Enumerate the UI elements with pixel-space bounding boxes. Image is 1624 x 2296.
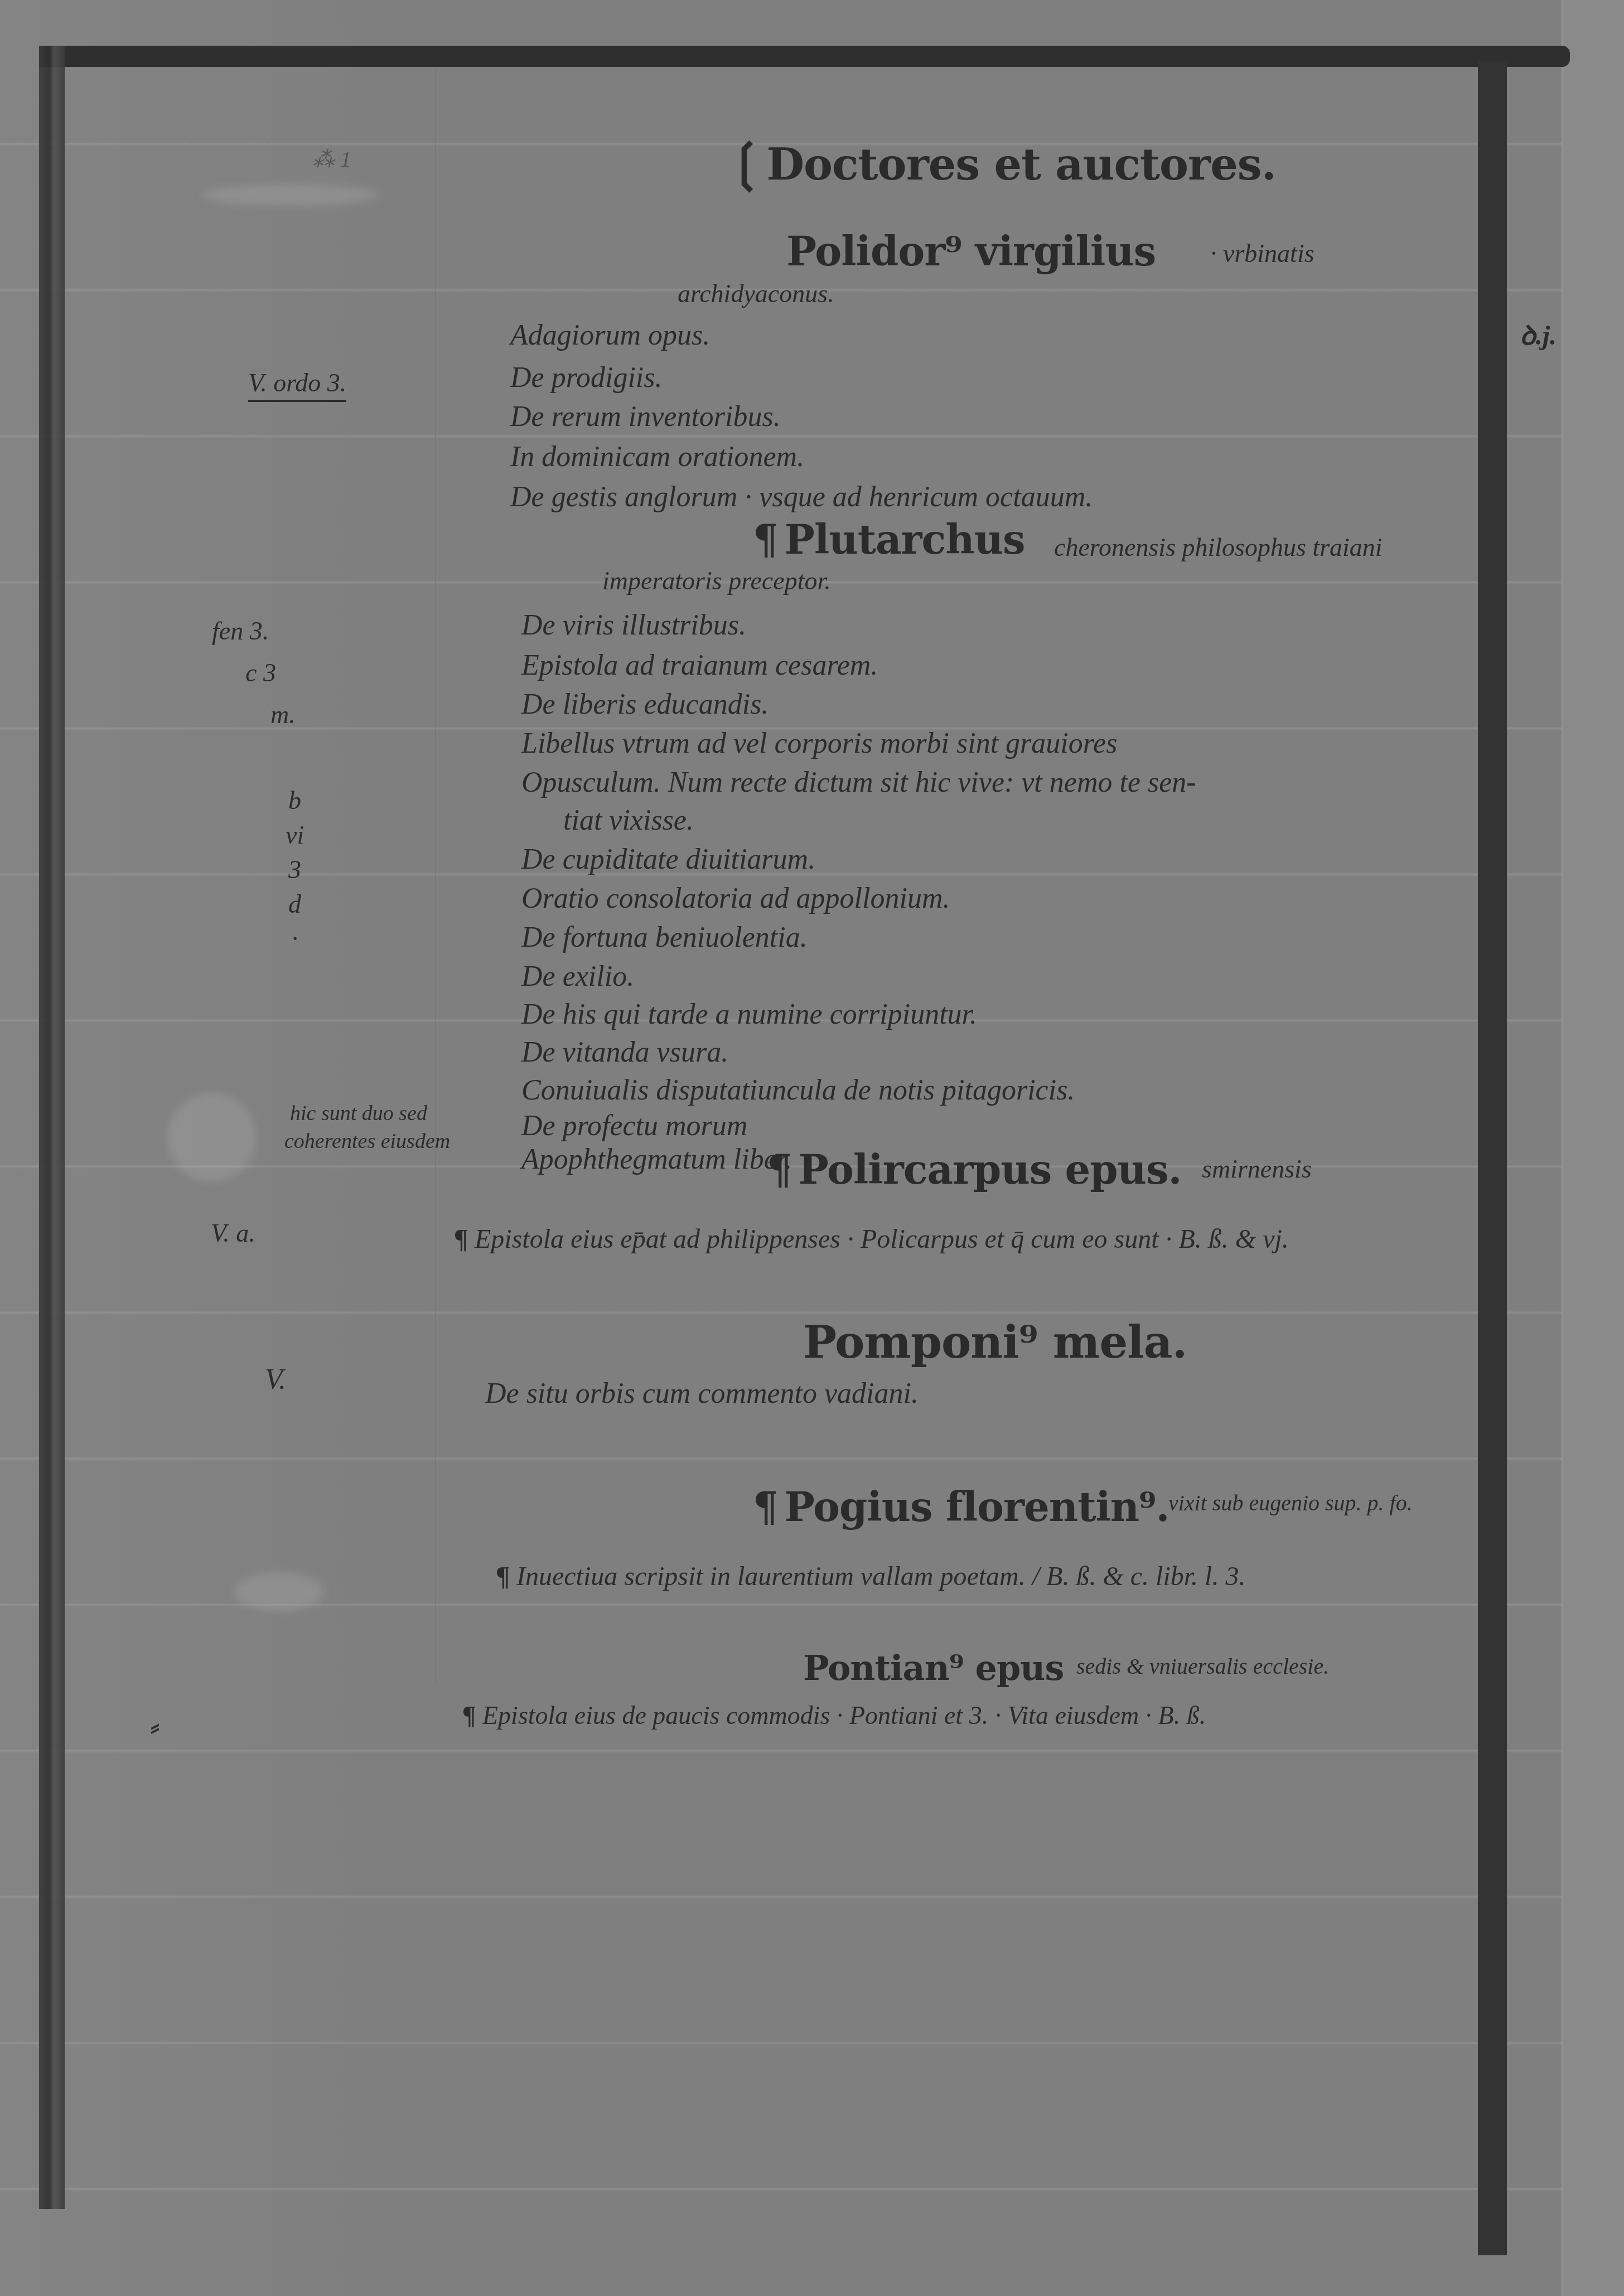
- work-title: Conuiualis disputatiuncula de notis pita…: [521, 1074, 1075, 1107]
- folio-mark-right: ꝺ.j.: [1520, 317, 1557, 353]
- margin-vertical-note: b vi 3 d ·: [286, 783, 304, 956]
- manuscript-page: ⁂ 1 ꝺ.j. ❲Doctores et auctores. Polidor⁹…: [0, 0, 1624, 2296]
- frame-rule-right: [1478, 61, 1507, 2255]
- author-description-cont: imperatoris preceptor.: [602, 566, 831, 595]
- margin-mark: ⸗: [151, 1712, 159, 1742]
- work-title: De his qui tarde a numine corripiuntur.: [521, 998, 977, 1031]
- frame-rule-left: [39, 46, 65, 2209]
- margin-shelfmark: m.: [270, 700, 296, 729]
- frame-rule-top: [39, 46, 1570, 67]
- work-title: Libellus vtrum ad vel corporis morbi sin…: [521, 727, 1117, 760]
- work-title: De vitanda vsura.: [521, 1036, 728, 1069]
- paragraph-mark-icon: ¶: [496, 1562, 510, 1591]
- margin-side-note: hic sunt duo sed: [290, 1101, 427, 1126]
- work-title: De prodigiis.: [510, 361, 663, 394]
- author-name: Pomponi⁹ mela.: [803, 1316, 1187, 1368]
- work-title: ¶Epistola eius de paucis commodis · Pont…: [463, 1701, 1206, 1730]
- author-name: ¶Pogius florentin⁹.: [753, 1483, 1169, 1530]
- work-title: In dominicam orationem.: [510, 440, 804, 473]
- work-title: Opusculum. Num recte dictum sit hic vive…: [521, 766, 1196, 799]
- author-description: vixit sub eugenio sup. p. fo.: [1168, 1490, 1413, 1516]
- work-title: Adagiorum opus.: [510, 319, 710, 352]
- author-name: Pontian⁹ epus: [803, 1648, 1064, 1688]
- work-title: ¶Epistola eius ep̄at ad philippenses · P…: [455, 1224, 1289, 1254]
- margin-shelfmark: V.: [265, 1363, 286, 1396]
- paper-stain: [234, 1572, 323, 1611]
- page-edge-strip: [1562, 0, 1624, 2296]
- work-title: De liberis educandis.: [521, 688, 768, 721]
- author-description: sedis & vniuersalis ecclesie.: [1076, 1653, 1329, 1679]
- author-description: smirnensis: [1202, 1154, 1312, 1184]
- page-title: ❲Doctores et auctores.: [725, 133, 1276, 192]
- paragraph-mark-icon: ¶: [463, 1701, 476, 1730]
- author-name: Polidor⁹ virgilius: [786, 227, 1156, 275]
- author-description: cheronensis philosophus traiani: [1054, 532, 1383, 562]
- work-title: De exilio.: [521, 960, 634, 993]
- work-title: De viris illustribus.: [521, 609, 746, 642]
- margin-side-note-cont: coherentes eiusdem: [284, 1129, 450, 1154]
- paragraph-mark-icon: ¶: [455, 1224, 468, 1254]
- paper-stain: [167, 1093, 257, 1182]
- work-title: De rerum inventoribus.: [510, 400, 781, 433]
- margin-shelfmark: V. a.: [211, 1218, 255, 1248]
- work-title: Epistola ad traianum cesarem.: [521, 649, 878, 682]
- margin-shelfmark: c 3: [245, 658, 276, 687]
- work-title: Apophthegmatum liber.: [521, 1143, 792, 1176]
- margin-ruling-line: [435, 67, 436, 1684]
- work-title-cont: tiat vixisse.: [563, 804, 694, 837]
- author-description: · vrbinatis: [1210, 239, 1314, 268]
- work-title: De cupiditate diuitiarum.: [521, 843, 815, 876]
- paragraph-mark-icon: ¶: [767, 1146, 792, 1193]
- author-name: ¶Plutarchus: [753, 516, 1025, 563]
- paragraph-mark-icon: ¶: [753, 1483, 778, 1530]
- author-description-cont: archidyaconus.: [678, 279, 834, 308]
- work-title: Oratio consolatoria ad appollonium.: [521, 882, 950, 915]
- work-title: De gestis anglorum · vsque ad henricum o…: [510, 481, 1093, 514]
- author-name: ¶Polircarpus epus.: [767, 1146, 1182, 1193]
- paragraph-mark-icon: ¶: [753, 516, 778, 563]
- work-title: De fortuna beniuolentia.: [521, 921, 808, 954]
- paper-stain: [201, 184, 379, 206]
- work-title: De situ orbis cum commento vadiani.: [485, 1377, 919, 1410]
- margin-shelfmark: fen 3.: [212, 616, 269, 646]
- work-title: De profectu morum: [521, 1110, 747, 1142]
- folio-mark-top: ⁂ 1: [312, 146, 351, 172]
- paragraph-mark-icon: ❲: [725, 133, 766, 192]
- margin-shelfmark: V. ordo 3.: [248, 368, 346, 402]
- work-title: ¶Inuectiua scripsit in laurentium vallam…: [496, 1561, 1245, 1592]
